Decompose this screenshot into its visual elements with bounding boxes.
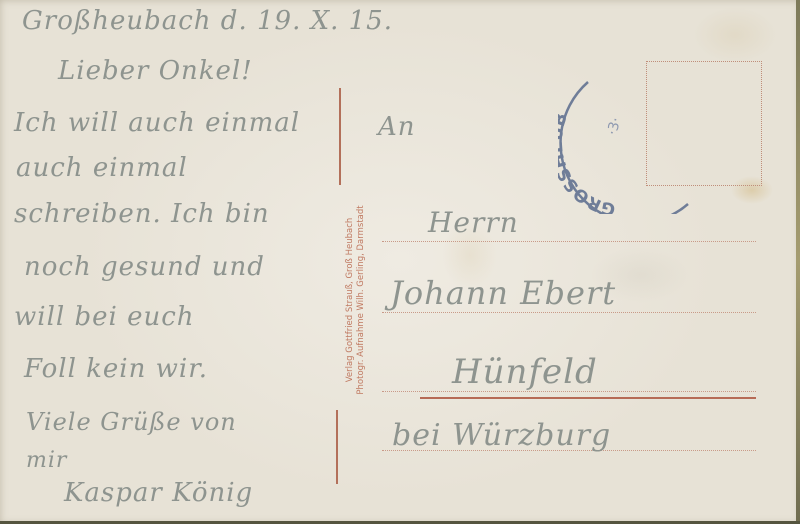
message-line: schreiben. Ich bin (14, 199, 270, 229)
postmark-icon: GROSSHEUB ·3· (558, 54, 698, 214)
message-line: Ich will auch einmal (14, 108, 300, 138)
photographer-line: Photogr. Aufnahme Wilh. Gerling, Darmsta… (356, 205, 367, 394)
place-date: Großheubach d. 19. X. 15. (22, 6, 393, 36)
address-underline (420, 397, 756, 399)
center-divider-bottom (336, 410, 338, 484)
address-prefix: An (378, 112, 416, 142)
message-line: mir (26, 448, 67, 473)
message-line: auch einmal (16, 153, 188, 183)
address-line (382, 241, 756, 242)
publisher-imprint: Verlag Gottfried Strauß, Groß Heubach Ph… (342, 180, 370, 420)
postmark-date: ·3· (604, 116, 624, 137)
postcard-back: Großheubach d. 19. X. 15. Lieber Onkel! … (0, 0, 800, 524)
signature: Kaspar König (64, 478, 253, 508)
address-town: Hünfeld (452, 352, 598, 392)
address-title: Herrn (428, 206, 519, 239)
address-line (382, 312, 756, 313)
message-line: Viele Grüße von (26, 408, 237, 436)
message-line: Foll kein wir. (24, 354, 208, 384)
address-region: bei Würzburg (392, 418, 611, 453)
publisher-line: Verlag Gottfried Strauß, Groß Heubach (345, 205, 356, 394)
card-edge (796, 0, 800, 524)
salutation: Lieber Onkel! (58, 56, 253, 86)
center-divider-top (339, 88, 341, 185)
message-line: will bei euch (14, 302, 195, 332)
address-name: Johann Ebert (390, 274, 616, 312)
message-line: noch gesund und (24, 252, 265, 282)
